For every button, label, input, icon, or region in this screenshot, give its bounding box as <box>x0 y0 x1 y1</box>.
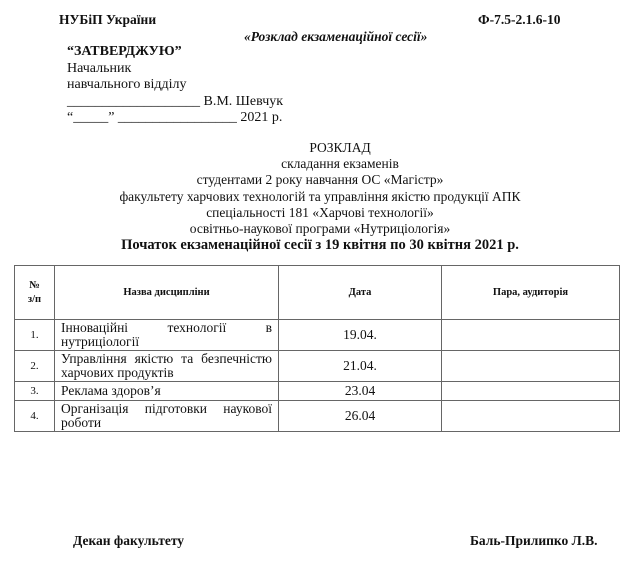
dean-label: Декан факультету <box>73 533 184 549</box>
exam-date: 21.04. <box>279 351 442 382</box>
row-number: 4. <box>15 401 55 432</box>
exam-date: 23.04 <box>279 382 442 401</box>
table-header-row: № з/п Назва дисципліни Дата Пара, аудито… <box>15 266 620 320</box>
discipline-name: Організація підготовки наукової роботи <box>55 401 279 432</box>
schedule-subtitle-1: складання екзаменів <box>0 156 640 172</box>
exam-date: 26.04 <box>279 401 442 432</box>
schedule-title-block: РОЗКЛАД складання екзаменів студентами 2… <box>0 140 640 253</box>
exam-room <box>442 351 620 382</box>
row-number: 3. <box>15 382 55 401</box>
row-number: 2. <box>15 351 55 382</box>
column-header-date: Дата <box>279 266 442 320</box>
table-row: 3. Реклама здоров’я 23.04 <box>15 382 620 401</box>
column-header-number-symbol: № <box>21 279 48 293</box>
approval-block: “ЗАТВЕРДЖУЮ” Начальник навчального відді… <box>67 44 283 127</box>
schedule-subtitle-3: факультету харчових технологій та управл… <box>0 189 640 205</box>
schedule-subtitle-5: освітньо-наукової програми «Нутриціологі… <box>0 221 640 237</box>
column-header-number-abbr: з/п <box>21 293 48 307</box>
exam-room <box>442 320 620 351</box>
exam-room <box>442 401 620 432</box>
approval-stamp: “ЗАТВЕРДЖУЮ” <box>67 44 283 61</box>
table-row: 4. Організація підготовки наукової робот… <box>15 401 620 432</box>
schedule-subtitle-2: студентами 2 року навчання ОС «Магістр» <box>0 172 640 188</box>
exam-date: 19.04. <box>279 320 442 351</box>
approver-position-line1: Начальник <box>67 61 283 78</box>
schedule-subtitle-4: спеціальності 181 «Харчові технології» <box>0 205 640 221</box>
document-type: «Розклад екзаменаційної сесії» <box>244 29 427 45</box>
table-row: 1. Інноваційні технології в нутриціологі… <box>15 320 620 351</box>
row-number: 1. <box>15 320 55 351</box>
table-row: 2. Управління якістю та безпечністю харч… <box>15 351 620 382</box>
column-header-discipline: Назва дисципліни <box>55 266 279 320</box>
column-header-room: Пара, аудиторія <box>442 266 620 320</box>
exam-room <box>442 382 620 401</box>
approver-position-line2: навчального відділу <box>67 77 283 94</box>
discipline-name: Реклама здоров’я <box>55 382 279 401</box>
exam-schedule-table: № з/п Назва дисципліни Дата Пара, аудито… <box>14 265 620 432</box>
schedule-heading: РОЗКЛАД <box>0 140 640 156</box>
dean-name: Баль-Прилипко Л.В. <box>470 533 597 549</box>
session-period: Початок екзаменаційної сесії з 19 квітня… <box>0 237 640 253</box>
approver-signature-line: ___________________ В.М. Шевчук <box>67 94 283 111</box>
form-code: Ф-7.5-2.1.6-10 <box>478 12 560 28</box>
institution-name: НУБіП України <box>59 12 156 28</box>
discipline-name: Інноваційні технології в нутриціології <box>55 320 279 351</box>
approval-date-line: “_____” _________________ 2021 р. <box>67 110 283 127</box>
discipline-name: Управління якістю та безпечністю харчови… <box>55 351 279 382</box>
column-header-number: № з/п <box>15 266 55 320</box>
